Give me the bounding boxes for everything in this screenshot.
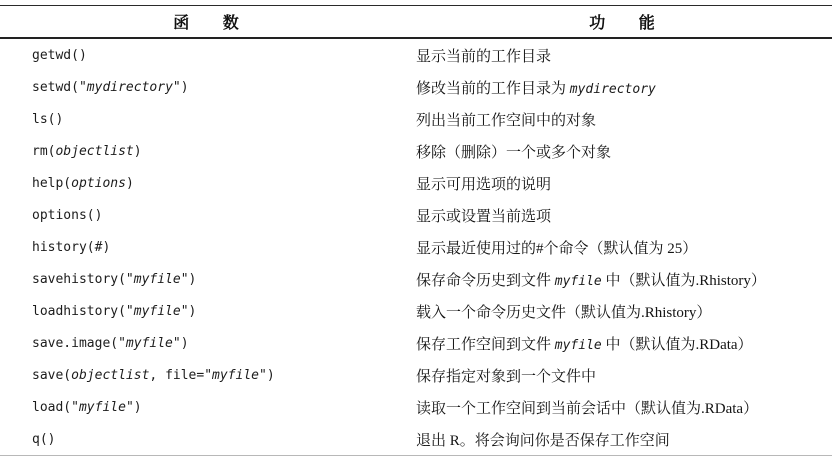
table-row: getwd() 显示当前的工作目录 <box>0 39 832 71</box>
function-cell: rm(objectlist) <box>0 144 412 159</box>
function-cell: history(#) <box>0 240 412 255</box>
table-row: ls() 列出当前工作空间中的对象 <box>0 103 832 135</box>
function-cell: save(objectlist, file="myfile") <box>0 368 412 383</box>
description-cell: 移除（删除）一个或多个对象 <box>412 141 832 162</box>
table-row: setwd("mydirectory") 修改当前的工作目录为 mydirect… <box>0 71 832 103</box>
table-row: history(#) 显示最近使用过的#个命令（默认值为 25） <box>0 231 832 263</box>
table-row: save.image("myfile") 保存工作空间到文件 myfile 中（… <box>0 327 832 359</box>
description-cell: 显示或设置当前选项 <box>412 205 832 226</box>
function-cell: q() <box>0 432 412 447</box>
table-row: savehistory("myfile") 保存命令历史到文件 myfile 中… <box>0 263 832 295</box>
table-row: load("myfile") 读取一个工作空间到当前会话中（默认值为.RData… <box>0 391 832 423</box>
column-header-capability-label: 功能 <box>589 15 688 32</box>
table-row: rm(objectlist) 移除（删除）一个或多个对象 <box>0 135 832 167</box>
function-cell: help(options) <box>0 176 412 191</box>
description-cell: 载入一个命令历史文件（默认值为.Rhistory） <box>412 301 832 322</box>
function-cell: getwd() <box>0 48 412 63</box>
description-cell: 保存指定对象到一个文件中 <box>412 365 832 386</box>
column-header-function: 函数 <box>0 10 412 33</box>
function-cell: options() <box>0 208 412 223</box>
description-cell: 显示最近使用过的#个命令（默认值为 25） <box>412 237 832 258</box>
function-cell: save.image("myfile") <box>0 336 412 351</box>
description-cell: 保存命令历史到文件 myfile 中（默认值为.Rhistory） <box>412 269 832 290</box>
description-cell: 修改当前的工作目录为 mydirectory <box>412 77 832 98</box>
table-body: getwd() 显示当前的工作目录 setwd("mydirectory") 修… <box>0 39 832 456</box>
table-row: options() 显示或设置当前选项 <box>0 199 832 231</box>
description-cell: 列出当前工作空间中的对象 <box>412 109 832 130</box>
table-row: q() 退出 R。将会询问你是否保存工作空间 <box>0 423 832 455</box>
function-cell: setwd("mydirectory") <box>0 80 412 95</box>
book-page: 函数 功能 getwd() 显示当前的工作目录 setwd("mydirecto… <box>0 0 832 456</box>
description-cell: 保存工作空间到文件 myfile 中（默认值为.RData） <box>412 333 832 354</box>
column-header-capability: 功能 <box>412 10 832 33</box>
table-row: save(objectlist, file="myfile") 保存指定对象到一… <box>0 359 832 391</box>
table-row: loadhistory("myfile") 载入一个命令历史文件（默认值为.Rh… <box>0 295 832 327</box>
description-cell: 退出 R。将会询问你是否保存工作空间 <box>412 429 832 450</box>
function-cell: ls() <box>0 112 412 127</box>
function-cell: load("myfile") <box>0 400 412 415</box>
function-cell: loadhistory("myfile") <box>0 304 412 319</box>
description-cell: 读取一个工作空间到当前会话中（默认值为.RData） <box>412 397 832 418</box>
functions-table: 函数 功能 getwd() 显示当前的工作目录 setwd("mydirecto… <box>0 5 832 456</box>
table-row: help(options) 显示可用选项的说明 <box>0 167 832 199</box>
description-cell: 显示可用选项的说明 <box>412 173 832 194</box>
column-header-function-label: 函数 <box>173 15 272 32</box>
function-cell: savehistory("myfile") <box>0 272 412 287</box>
table-header-row: 函数 功能 <box>0 6 832 39</box>
description-cell: 显示当前的工作目录 <box>412 45 832 66</box>
